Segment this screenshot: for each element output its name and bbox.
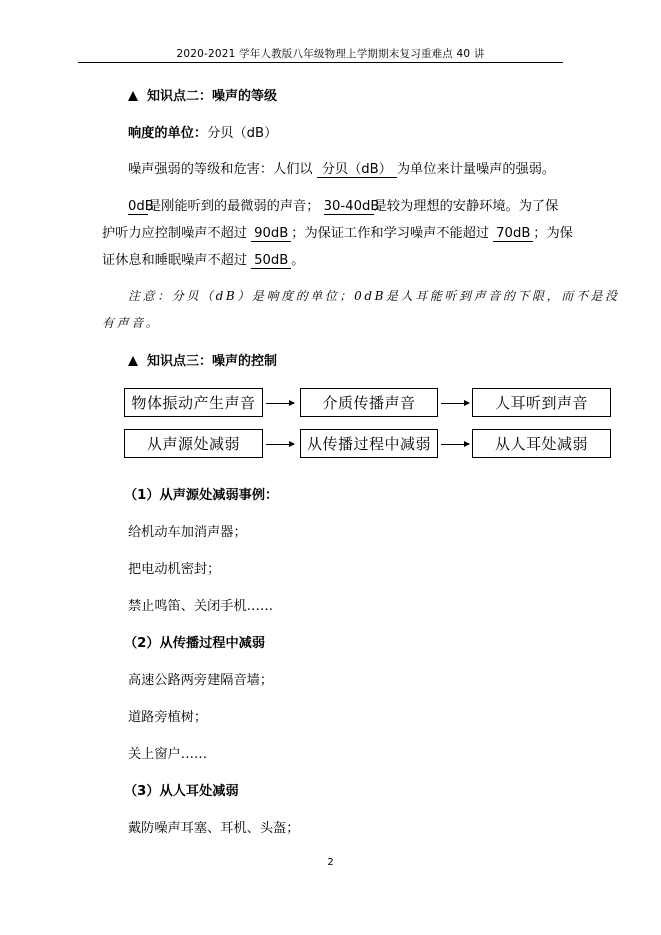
arrow-right-icon (441, 403, 469, 404)
header-divider (78, 62, 563, 63)
text-segment: ；为保 (533, 226, 573, 241)
list-item: 道路旁植树； (128, 706, 207, 725)
list-item: 戴防噪声耳塞、耳机、头盔； (128, 817, 299, 836)
flow-box-vibration: 物体振动产生声音 (124, 388, 263, 417)
list-item: 高速公路两旁建隔音墙； (128, 669, 273, 688)
noise-levels-line: 噪声强弱的等级和危害：人们以 分贝（dB）为单位来计量噪声的强弱。 (128, 158, 555, 178)
page-number: 2 (0, 857, 661, 868)
list-item: 禁止鸣笛、关闭手机…… (128, 595, 273, 614)
arrow-right-icon (266, 444, 294, 445)
triangle-bullet-icon (128, 91, 138, 101)
paragraph-line-2: 护听力应控制噪声不超过 90dB；为保证工作和学习噪声不能超过 70dB；为保 (102, 222, 573, 242)
paragraph-line-3: 证休息和睡眠噪声不超过 50dB。 (102, 249, 304, 269)
unit-label: 响度的单位： (128, 126, 207, 141)
fill-blank-90db: 90dB (251, 226, 291, 242)
flow-box-source-reduce: 从声源处减弱 (124, 429, 263, 458)
fill-blank-70db: 70dB (493, 226, 533, 242)
note-line-2: 有声音。 (102, 314, 160, 331)
flow-box-medium: 介质传播声音 (300, 388, 438, 417)
subsection-2-title: （2）从传播过程中减弱 (124, 632, 265, 651)
fill-blank-30-40db: 30-40dB (324, 199, 374, 215)
section-heading-noise-control: 知识点三：噪声的控制 (128, 350, 277, 369)
flow-box-ear-reduce: 从人耳处减弱 (472, 429, 611, 458)
text-segment: 证休息和睡眠噪声不超过 (102, 253, 247, 268)
fill-blank-0db: 0dB (128, 199, 148, 215)
text-segment: 是较为理想的安静环境。为了保 (374, 199, 559, 214)
paragraph-line-1: 0dB是刚能听到的最微弱的声音； 30-40dB是较为理想的安静环境。为了保 (128, 195, 558, 215)
section-heading-text: 知识点二：噪声的等级 (147, 89, 277, 104)
page-header-title: 2020-2021 学年人教版八年级物理上学期期末复习重难点 40 讲 (0, 46, 661, 61)
levels-prefix: 噪声强弱的等级和危害：人们以 (128, 162, 313, 177)
unit-value: 分贝（dB） (207, 126, 277, 141)
arrow-right-icon (441, 444, 469, 445)
section-heading-text: 知识点三：噪声的控制 (147, 354, 277, 369)
flow-box-path-reduce: 从传播过程中减弱 (300, 429, 438, 458)
list-item: 把电动机密封； (128, 558, 220, 577)
text-segment: ；为保证工作和学习噪声不能超过 (291, 226, 489, 241)
triangle-bullet-icon (128, 356, 138, 366)
section-heading-noise-levels: 知识点二：噪声的等级 (128, 85, 277, 104)
list-item: 给机动车加消声器； (128, 521, 247, 540)
levels-suffix: 为单位来计量噪声的强弱。 (397, 162, 555, 177)
subsection-3-title: （3）从人耳处减弱 (124, 780, 239, 799)
text-segment: 护听力应控制噪声不超过 (102, 226, 247, 241)
subsection-1-title: （1）从声源处减弱事例： (124, 484, 278, 503)
text-segment: 。 (291, 253, 304, 268)
note-line-1: 注意：分贝（dB）是响度的单位；0dB是人耳能听到声音的下限，而不是没 (128, 287, 620, 304)
list-item: 关上窗户…… (128, 743, 207, 762)
text-segment: 是刚能听到的最微弱的声音； (148, 199, 319, 214)
loudness-unit-line: 响度的单位：分贝（dB） (128, 122, 277, 141)
fill-blank-unit: 分贝（dB） (317, 162, 397, 178)
arrow-right-icon (266, 403, 294, 404)
fill-blank-50db: 50dB (251, 253, 291, 269)
flow-box-ear: 人耳听到声音 (472, 388, 611, 417)
